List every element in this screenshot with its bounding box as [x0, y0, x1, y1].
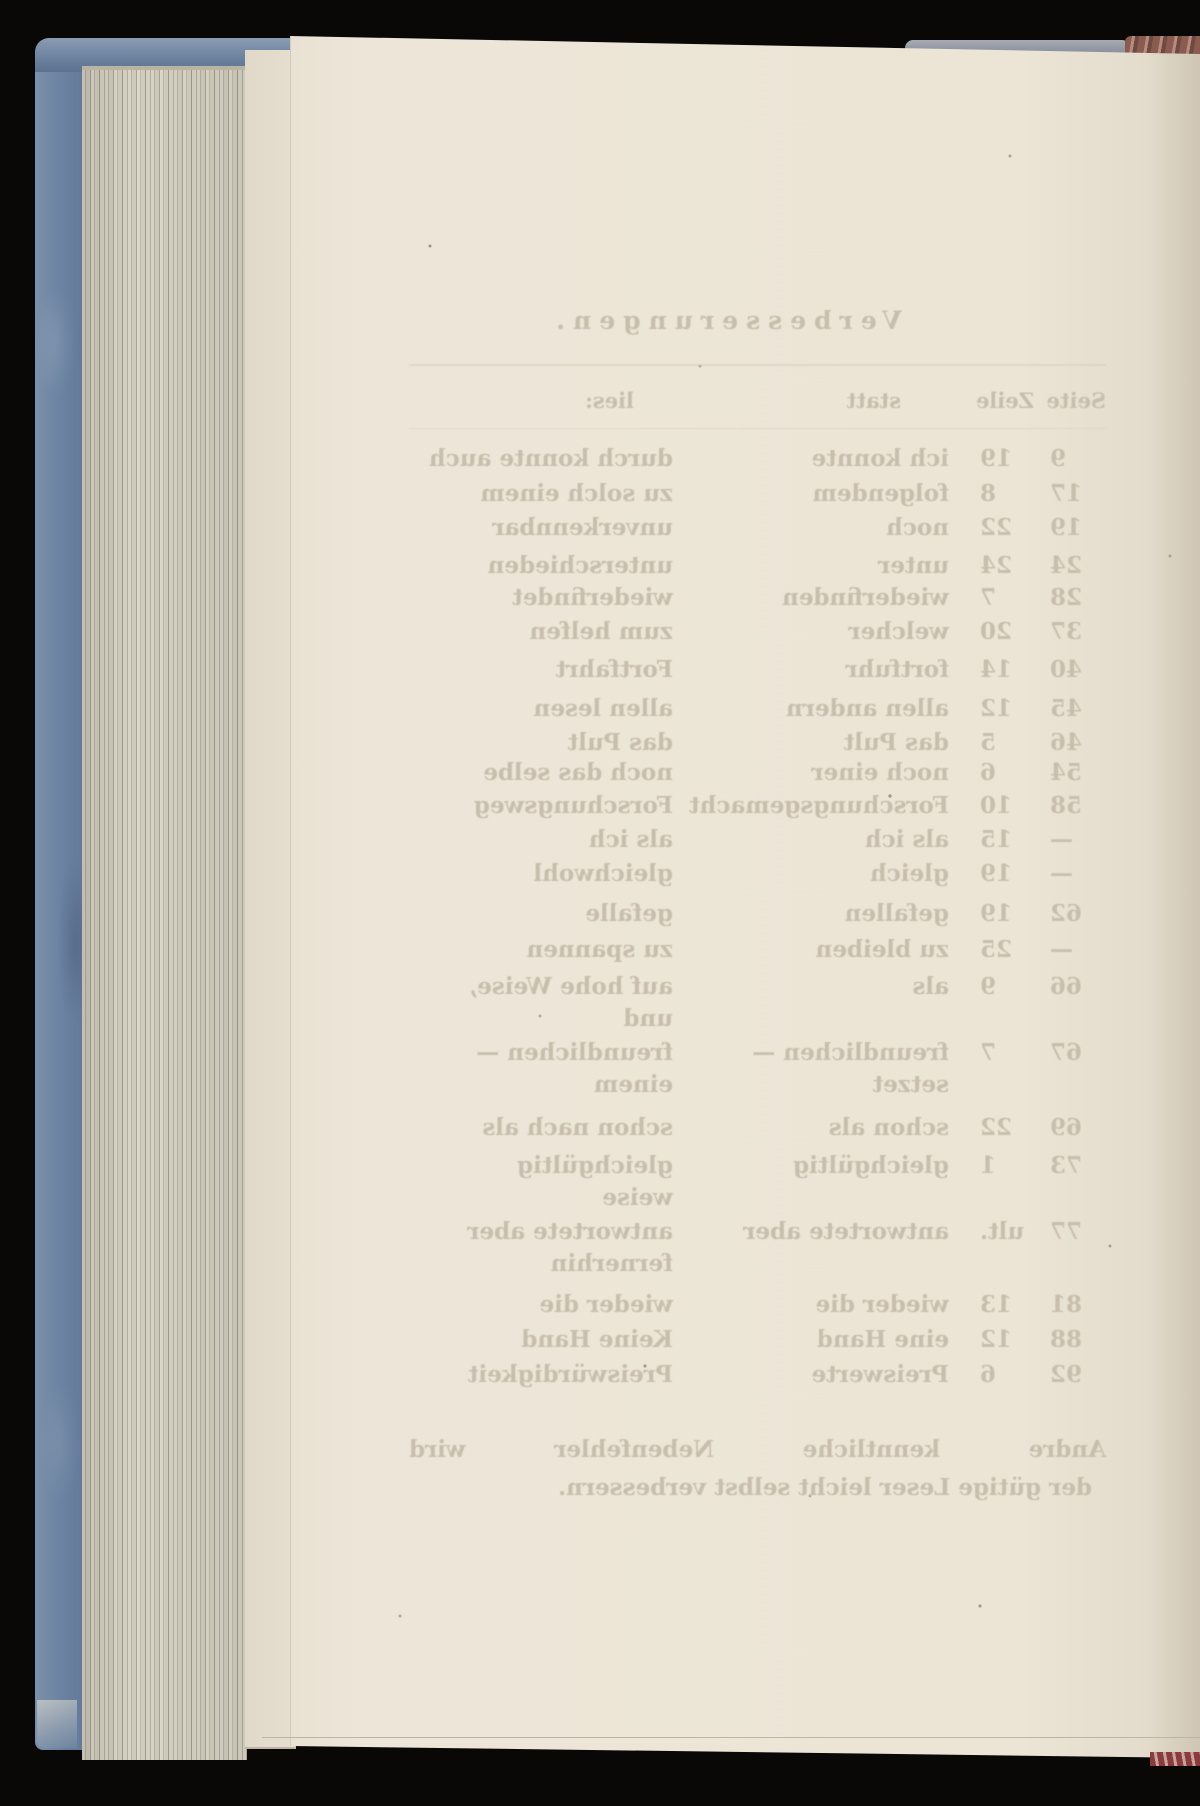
row-page-number: 45 — [1050, 693, 1106, 725]
row-page-number: 37 — [1050, 616, 1106, 648]
errata-row: 77 ult. antwortete aber antwortete aber … — [409, 1216, 1106, 1248]
errata-row: 88 12 eine Hand Keine Hand — [409, 1324, 1106, 1356]
row-wrong-text: fortfuhr — [689, 654, 949, 686]
row-page-number: — — [1050, 824, 1106, 856]
row-correct-text: das Pult — [409, 727, 673, 759]
row-line-number: 10 — [980, 790, 1040, 822]
errata-row: 54 6 noch einer noch das selbe — [409, 757, 1106, 789]
errata-row: 24 24 unter unterschieden — [409, 550, 1106, 582]
page-edge-line — [290, 36, 291, 1746]
row-correct-text: gefalle — [409, 898, 673, 930]
row-page-number: 92 — [1050, 1359, 1106, 1391]
row-line-number: 19 — [980, 858, 1040, 890]
row-correct-text: Keine Hand — [409, 1324, 673, 1356]
row-line-number: ult. — [980, 1216, 1040, 1248]
row-page-number: 24 — [1050, 550, 1106, 582]
row-wrong-text: Preiswerte — [689, 1359, 949, 1391]
row-page-number: 81 — [1050, 1289, 1106, 1321]
errata-row: 17 8 folgendem zu solch einem — [409, 478, 1106, 510]
row-line-number: 7 — [980, 1037, 1040, 1069]
row-page-number: 77 — [1050, 1216, 1106, 1248]
page-edges-stack — [82, 66, 247, 1760]
row-correct-text: als ich — [409, 824, 673, 856]
row-page-number: 9 — [1050, 443, 1106, 475]
errata-row: 9 19 ich konnte durch konnte auch — [409, 443, 1106, 475]
row-line-number: 6 — [980, 1359, 1040, 1391]
row-correct-text: wiederfindet — [409, 582, 673, 614]
errata-row: — 25 zu bleiben zu spannen — [409, 934, 1106, 966]
row-line-number: 15 — [980, 824, 1040, 856]
row-page-number: 62 — [1050, 898, 1106, 930]
row-correct-text: Fortfahrt — [409, 654, 673, 686]
row-line-number: 24 — [980, 550, 1040, 582]
errata-row: 37 20 welcher zum helfen — [409, 616, 1106, 648]
row-correct-text: wieder die — [409, 1289, 673, 1321]
row-page-number: 28 — [1050, 582, 1106, 614]
row-line-number: 6 — [980, 757, 1040, 789]
cover-worn-corner — [37, 1700, 77, 1748]
row-page-number: 69 — [1050, 1112, 1106, 1144]
errata-row: 62 19 gefallen gefalle — [409, 898, 1106, 930]
row-line-number: 13 — [980, 1289, 1040, 1321]
row-correct-text: gleichgültig weise — [409, 1150, 673, 1214]
row-correct-text: schon nach als — [409, 1112, 673, 1144]
row-correct-text: noch das selbe — [409, 757, 673, 789]
row-line-number: 1 — [980, 1150, 1040, 1182]
row-wrong-text: eine Hand — [689, 1324, 949, 1356]
row-correct-text: allen lesen — [409, 693, 673, 725]
row-correct-text: zu solch einem — [409, 478, 673, 510]
errata-note-line-2: der gütige Leser leicht selbst verbesser… — [432, 1469, 1092, 1507]
errata-row: 28 7 wiederfinden wiederfindet — [409, 582, 1106, 614]
errata-row: 69 22 schon als schon nach als — [409, 1112, 1106, 1144]
row-correct-text: zu spannen — [409, 934, 673, 966]
row-page-number: 40 — [1050, 654, 1106, 686]
row-wrong-text: antwortete aber — [689, 1216, 949, 1248]
row-wrong-text: schon als — [689, 1112, 949, 1144]
row-wrong-text: gefallen — [689, 898, 949, 930]
errata-row: 81 13 wieder die wieder die — [409, 1289, 1106, 1321]
row-correct-text: durch konnte auch — [409, 443, 673, 475]
errata-row: 40 14 fortfuhr Fortfahrt — [409, 654, 1106, 686]
row-line-number: 12 — [980, 693, 1040, 725]
row-wrong-text: zu bleiben — [689, 934, 949, 966]
row-line-number: 5 — [980, 727, 1040, 759]
row-line-number: 7 — [980, 582, 1040, 614]
errata-row: 45 12 allen andern allen lesen — [409, 693, 1106, 725]
row-wrong-text: noch — [689, 512, 949, 544]
row-wrong-text: gleich — [689, 858, 949, 890]
errata-row: — 19 gleich gleichwohl — [409, 858, 1106, 890]
errata-rows: 9 19 ich konnte durch konnte auch 17 8 f… — [409, 0, 1106, 1806]
errata-row: 19 22 noch unverkennbar — [409, 512, 1106, 544]
errata-row: 67 7 freundlichen — setzet freundlichen … — [409, 1037, 1106, 1069]
row-line-number: 14 — [980, 654, 1040, 686]
row-line-number: 19 — [980, 898, 1040, 930]
errata-row: 92 6 Preiswerte Preiswürdigkeit — [409, 1359, 1106, 1391]
row-page-number: — — [1050, 934, 1106, 966]
row-correct-text: gleichwohl — [409, 858, 673, 890]
row-wrong-text: wieder die — [689, 1289, 949, 1321]
row-page-number: 73 — [1050, 1150, 1106, 1182]
row-line-number: 12 — [980, 1324, 1040, 1356]
row-correct-text: unverkennbar — [409, 512, 673, 544]
row-wrong-text: welcher — [689, 616, 949, 648]
row-line-number: 22 — [980, 1112, 1040, 1144]
row-correct-text: freundlichen — einem — [409, 1037, 673, 1101]
row-line-number: 19 — [980, 443, 1040, 475]
row-wrong-text: freundlichen — setzet — [689, 1037, 949, 1101]
row-wrong-text: unter — [689, 550, 949, 582]
errata-row: 66 9 als auf hohe Weise, und — [409, 971, 1106, 1003]
row-correct-text: auf hohe Weise, und — [409, 971, 673, 1035]
row-wrong-text: als ich — [689, 824, 949, 856]
row-correct-text: antwortete aber fernerhin — [409, 1216, 673, 1280]
row-page-number: 58 — [1050, 790, 1106, 822]
row-page-number: 67 — [1050, 1037, 1106, 1069]
row-wrong-text: folgendem — [689, 478, 949, 510]
row-wrong-text: wiederfinden — [689, 582, 949, 614]
errata-row: 58 10 Forschungsgemacht Forschungsweg — [409, 790, 1106, 822]
row-wrong-text: gleichgültig — [689, 1150, 949, 1182]
row-correct-text: zum helfen — [409, 616, 673, 648]
row-wrong-text: das Pult — [689, 727, 949, 759]
row-wrong-text: ich konnte — [689, 443, 949, 475]
row-correct-text: unterschieden — [409, 550, 673, 582]
row-page-number: 46 — [1050, 727, 1106, 759]
row-page-number: — — [1050, 858, 1106, 890]
errata-row: — 15 als ich als ich — [409, 824, 1106, 856]
row-line-number: 25 — [980, 934, 1040, 966]
row-page-number: 88 — [1050, 1324, 1106, 1356]
row-page-number: 66 — [1050, 971, 1106, 1003]
row-line-number: 22 — [980, 512, 1040, 544]
row-correct-text: Forschungsweg — [409, 790, 673, 822]
row-page-number: 54 — [1050, 757, 1106, 789]
row-wrong-text: noch einer — [689, 757, 949, 789]
row-line-number: 20 — [980, 616, 1040, 648]
row-page-number: 17 — [1050, 478, 1106, 510]
row-line-number: 9 — [980, 971, 1040, 1003]
show-through-errata: Verbesserungen. Seite Zeile statt lies: … — [409, 0, 1106, 1806]
headband-bottom — [1150, 1752, 1200, 1766]
row-correct-text: Preiswürdigkeit — [409, 1359, 673, 1391]
row-page-number: 19 — [1050, 512, 1106, 544]
row-line-number: 8 — [980, 478, 1040, 510]
underlying-leaf — [245, 50, 296, 1749]
row-wrong-text: Forschungsgemacht — [689, 790, 949, 822]
row-wrong-text: als — [689, 971, 949, 1003]
errata-note-line-1: Andre kenntliche Nebenfehler wird — [409, 1431, 1106, 1469]
row-wrong-text: allen andern — [689, 693, 949, 725]
errata-row: 73 1 gleichgültig gleichgültig weise — [409, 1150, 1106, 1182]
errata-row: 46 5 das Pult das Pult — [409, 727, 1106, 759]
